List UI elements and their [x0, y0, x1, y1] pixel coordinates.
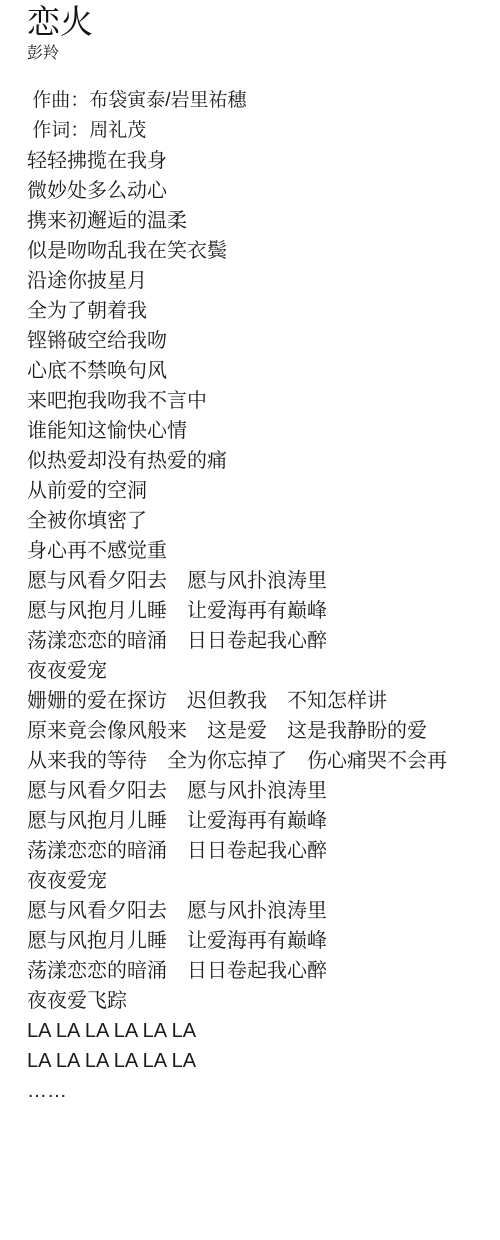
lyric-line: 轻轻拂揽在我身 — [27, 146, 490, 176]
artist-name: 彭羚 — [27, 43, 490, 64]
lyric-line: 微妙处多么动心 — [27, 176, 490, 206]
lyric-line: 心底不禁唤句风 — [27, 356, 490, 386]
lyric-line: 携来初邂逅的温柔 — [27, 206, 490, 236]
lyric-line: 愿与风抱月儿睡 让爱海再有巅峰 — [27, 806, 490, 836]
song-title: 恋火 — [27, 2, 490, 42]
lyric-line: 全为了朝着我 — [27, 296, 490, 326]
lyric-line: 愿与风看夕阳去 愿与风扑浪涛里 — [27, 566, 490, 596]
lyric-line: 身心再不感觉重 — [27, 536, 490, 566]
lyric-line: 愿与风看夕阳去 愿与风扑浪涛里 — [27, 896, 490, 926]
lyric-line: 沿途你披星月 — [27, 266, 490, 296]
lyric-line: 夜夜爱宠 — [27, 656, 490, 686]
lyric-line: 来吧抱我吻我不言中 — [27, 386, 490, 416]
lyric-line: 荡漾恋恋的暗涌 日日卷起我心醉 — [27, 956, 490, 986]
lyric-line: 愿与风抱月儿睡 让爱海再有巅峰 — [27, 926, 490, 956]
lyric-line: 荡漾恋恋的暗涌 日日卷起我心醉 — [27, 836, 490, 866]
credits-block: 作曲：布袋寅泰/岩里祐穗 作词：周礼茂 — [27, 86, 490, 146]
lyric-line: 从来我的等待 全为你忘掉了 伤心痛哭不会再 — [27, 746, 490, 776]
lyric-line: 愿与风抱月儿睡 让爱海再有巅峰 — [27, 596, 490, 626]
lyric-line: 荡漾恋恋的暗涌 日日卷起我心醉 — [27, 626, 490, 656]
lyric-line: 愿与风看夕阳去 愿与风扑浪涛里 — [27, 776, 490, 806]
lyric-line: 从前爱的空洞 — [27, 476, 490, 506]
lyric-line: …… — [27, 1076, 490, 1106]
lyric-line: 全被你填密了 — [27, 506, 490, 536]
lyric-line: 原来竟会像风般来 这是爱 这是我静盼的爱 — [27, 716, 490, 746]
lyrics-page: 恋火 彭羚 作曲：布袋寅泰/岩里祐穗 作词：周礼茂 轻轻拂揽在我身微妙处多么动心… — [0, 0, 500, 1106]
lyric-line: 姗姗的爱在探访 迟但教我 不知怎样讲 — [27, 686, 490, 716]
lyrics-body: 轻轻拂揽在我身微妙处多么动心携来初邂逅的温柔似是吻吻乱我在笑衣鬓沿途你披星月全为… — [27, 146, 490, 1106]
lyric-line: 似热爱却没有热爱的痛 — [27, 446, 490, 476]
lyric-line: 夜夜爱宠 — [27, 866, 490, 896]
lyric-line: LA LA LA LA LA LA — [27, 1016, 490, 1046]
lyric-line: 夜夜爱飞踪 — [27, 986, 490, 1016]
lyric-line: 似是吻吻乱我在笑衣鬓 — [27, 236, 490, 266]
lyric-line: LA LA LA LA LA LA — [27, 1046, 490, 1076]
lyric-line: 谁能知这愉快心情 — [27, 416, 490, 446]
composer-line: 作曲：布袋寅泰/岩里祐穗 — [27, 86, 490, 116]
lyric-line: 铿锵破空给我吻 — [27, 326, 490, 356]
lyricist-line: 作词：周礼茂 — [27, 116, 490, 146]
